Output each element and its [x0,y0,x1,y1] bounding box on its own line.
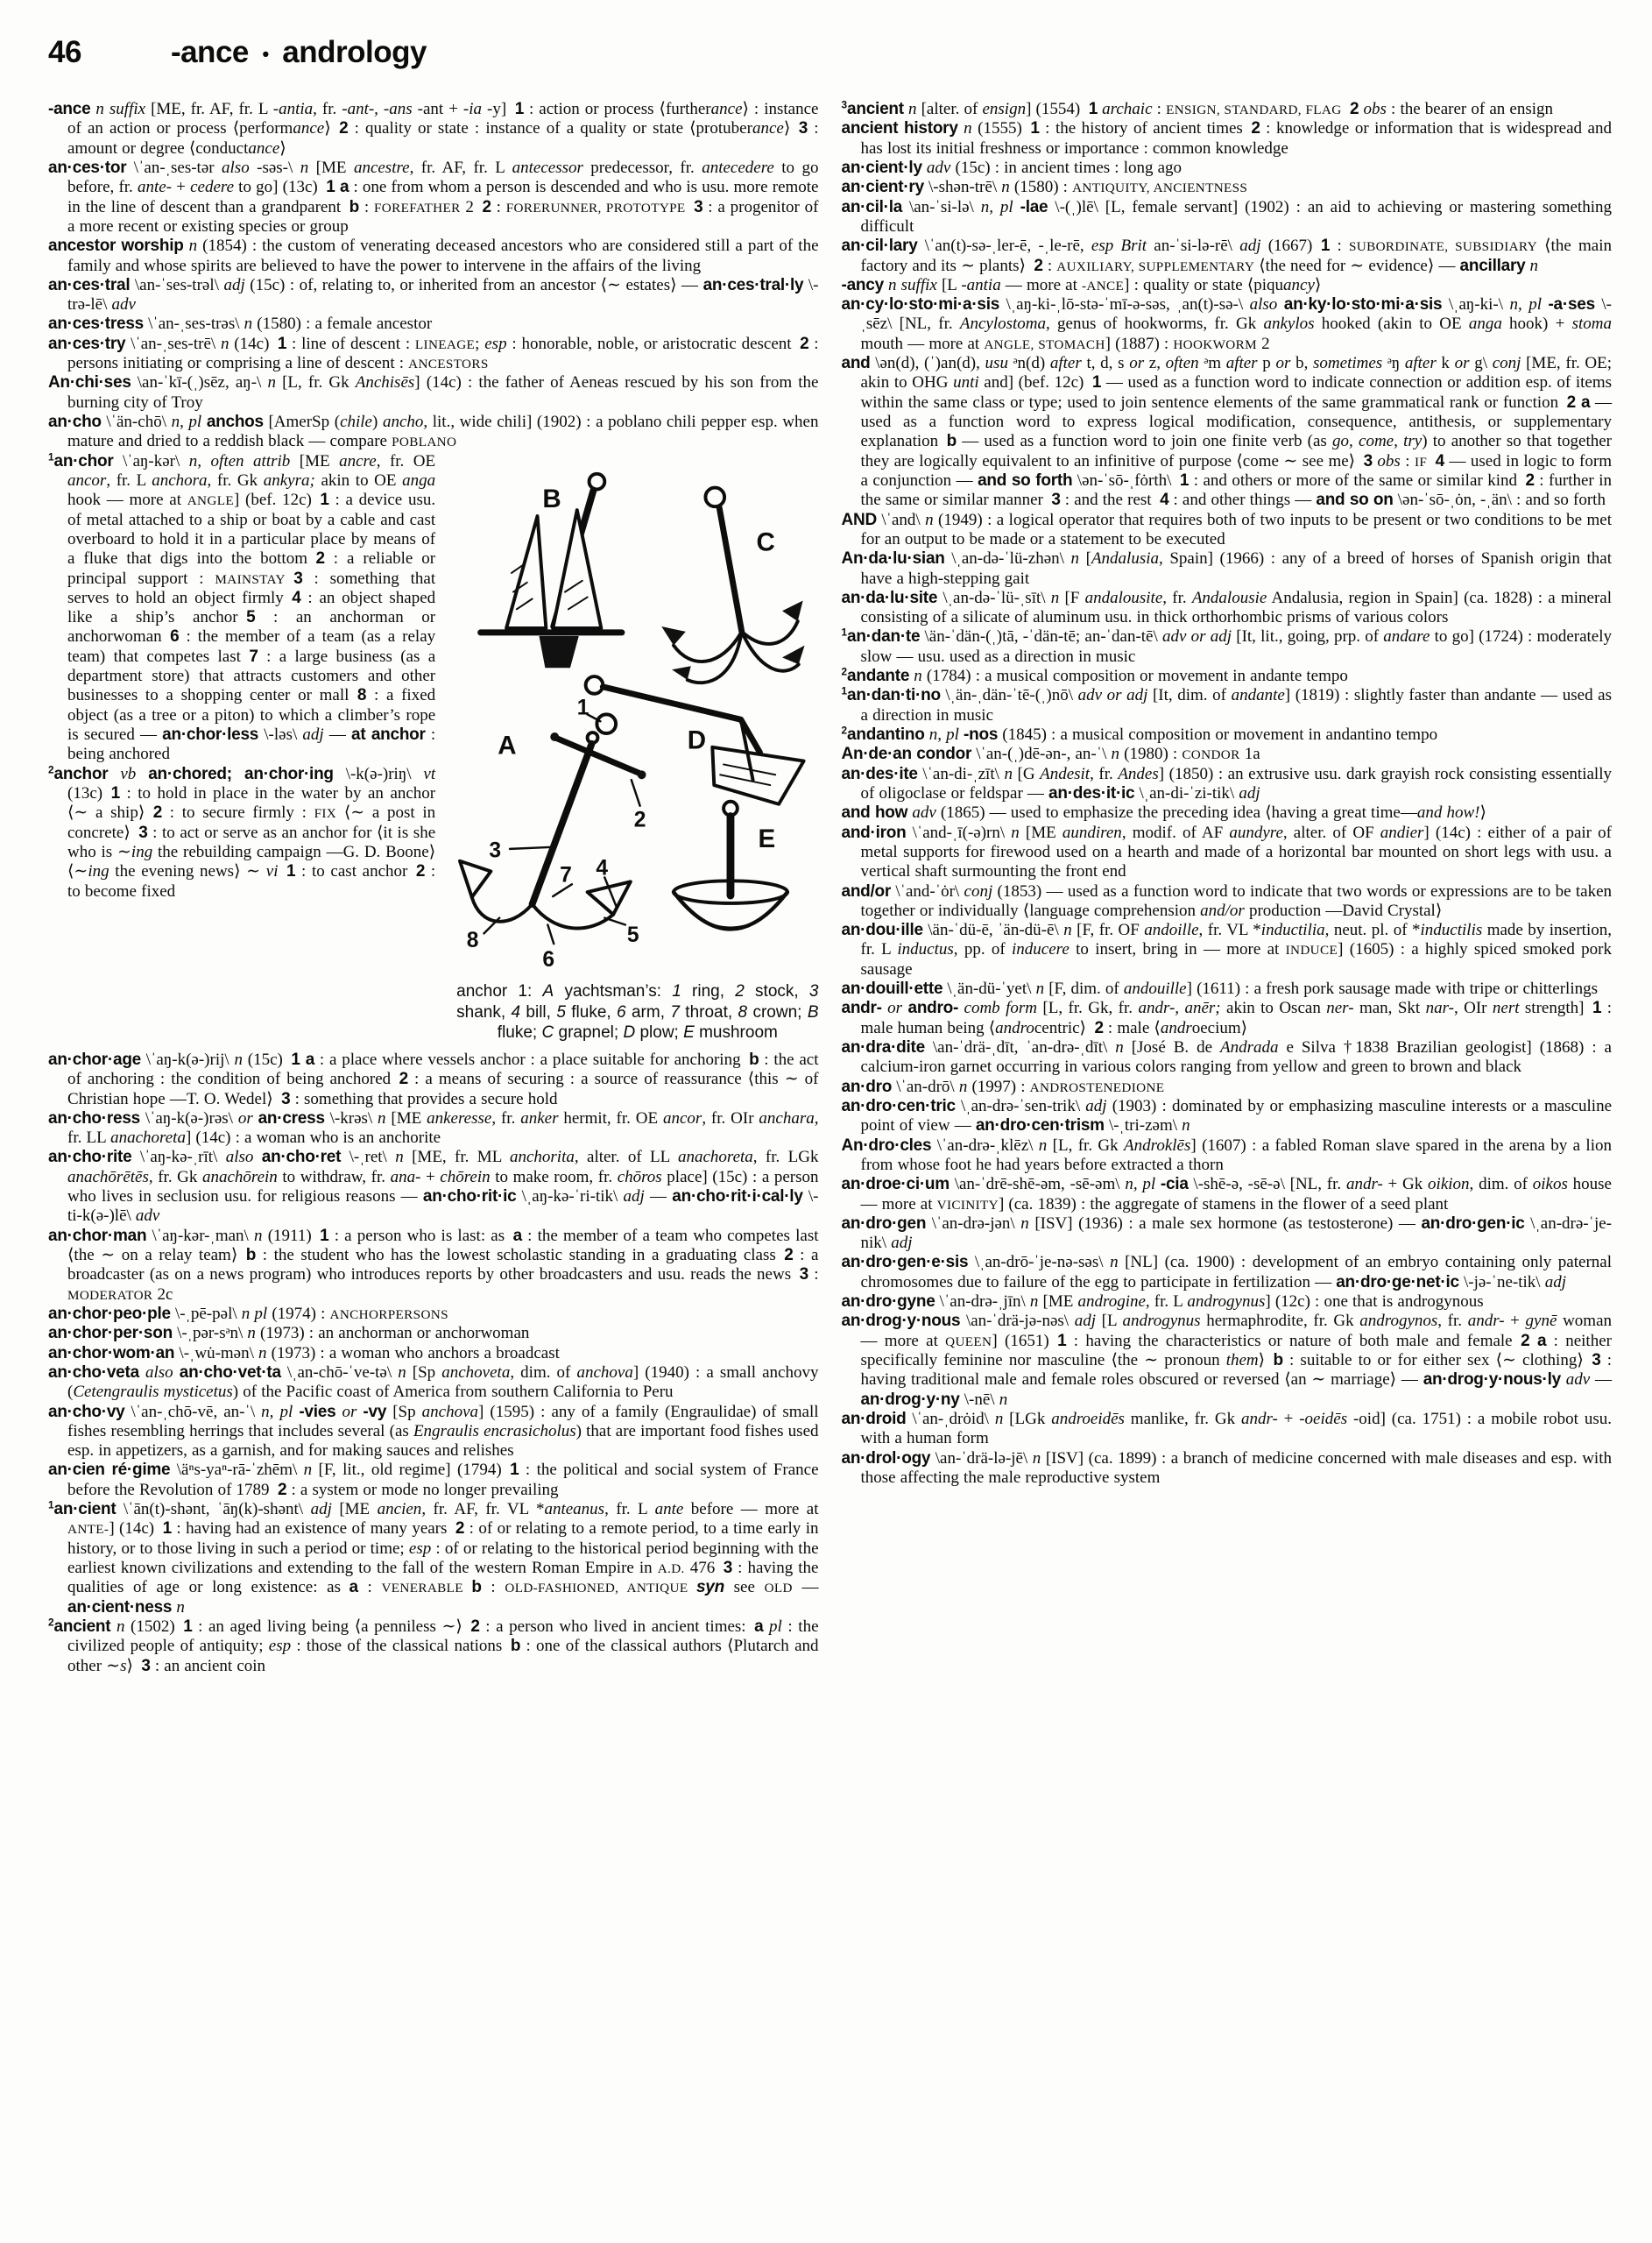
dictionary-entry: an·ces·try \ˈan-ˌses-trē\ n (14c) 1 : li… [48,335,819,374]
right-column-entries: 3ancient n [alter. of ensign] (1554) 1 a… [842,100,1613,1488]
dictionary-page: 46 -ance ● andrology -ance n suffix [ME,… [0,0,1652,1676]
figure-label-c: C [757,527,775,556]
figure-part-number-1: 1 [577,696,589,719]
two-column-text: -ance n suffix [ME, fr. AF, fr. L -antia… [48,100,1612,1676]
figure-label-d: D [688,725,706,754]
dictionary-entry: an·cho·vy \ˈan-ˌchō-vē, an-ˈ\ n, pl -vie… [48,1403,819,1461]
guide-word-first: -ance [171,35,249,70]
dictionary-entry: 2ancient n (1502) 1 : an aged living bei… [48,1617,819,1676]
dictionary-entry: an·des·ite \ˈan-di-ˌzīt\ n [G Andesit, f… [842,765,1613,804]
dictionary-entry: ancestor worship n (1854) : the custom o… [48,237,819,276]
dictionary-entry: 1an·dan·te \än-ˈdän-(ˌ)tā, -ˈdän-tē; an-… [842,627,1613,667]
page-header: 46 -ance ● andrology [48,35,1612,70]
dictionary-entry: ancient history n (1555) 1 : the history… [842,119,1613,159]
guide-word-last: andrology [282,35,427,70]
anchor-illustration: B C D A E 1 2 3 4 5 6 7 8 an [456,463,818,1044]
anchor-figure-drawing: B C D A E 1 2 3 4 5 6 7 8 [456,463,818,972]
dictionary-entry: an·ces·tral \an-ˈses-trəl\ adj (15c) : o… [48,276,819,315]
dictionary-entry: an·dro \ˈan-drō\ n (1997) : ANDROSTENEDI… [842,1078,1613,1097]
dictionary-entry: An·chi·ses \an-ˈkī-(ˌ)sēz, aŋ-\ n [L, fr… [48,373,819,413]
dictionary-entry: an·cy·lo·sto·mi·a·sis \ˌaŋ-ki-ˌlō-stə-ˈm… [842,295,1613,354]
dictionary-entry: an·drog·y·nous \an-ˈdrä-jə-nəs\ adj [L a… [842,1312,1613,1410]
figure-part-number-6: 6 [543,947,555,971]
dictionary-entry: an·da·lu·site \ˌan-də-ˈlü-ˌsīt\ n [F and… [842,589,1613,628]
dictionary-entry: 1an·dan·ti·no \ˌän-ˌdän-ˈtē-(ˌ)nō\ adv o… [842,686,1613,725]
dictionary-entry: and \ən(d), (ˈ)an(d), usu ᵊn(d) after t,… [842,354,1613,511]
guide-words: -ance ● andrology [171,35,427,70]
right-column: 3ancient n [alter. of ensign] (1554) 1 a… [842,100,1613,1676]
figure-label-b: B [543,485,561,513]
figure-part-number-7: 7 [560,863,572,887]
dictionary-entry: and how adv (1865) — used to emphasize t… [842,803,1613,823]
dictionary-entry: AND \ˈand\ n (1949) : a logical operator… [842,511,1613,550]
dictionary-entry: 2andantino n, pl -nos (1845) : a musical… [842,725,1613,745]
dictionary-entry: an·chor·per·son \-ˌpər-sᵊn\ n (1973) : a… [48,1324,819,1343]
dictionary-entry: an·drol·ogy \an-ˈdrä-lə-jē\ n [ISV] (ca.… [842,1449,1613,1489]
figure-part-number-2: 2 [634,808,646,831]
figure-caption: anchor 1: A yachtsman’s: 1 ring, 2 stock… [456,981,818,1044]
dictionary-entry: an·cho·veta also an·cho·vet·ta \ˌan-chō-… [48,1363,819,1403]
dictionary-entry: an·cient·ly adv (15c) : in ancient times… [842,159,1613,178]
dictionary-entry: an·douill·ette \ˌän-dü-ˈyet\ n [F, dim. … [842,980,1613,999]
figure-part-number-5: 5 [627,923,639,947]
dictionary-entry: An·de·an condor \ˈan-(ˌ)dē-ən-, an-ˈ\ n … [842,745,1613,764]
dictionary-entry: -ancy n suffix [L -antia — more at -ANCE… [842,276,1613,295]
dictionary-entry: -ance n suffix [ME, fr. AF, fr. L -antia… [48,100,819,159]
dictionary-entry: an·cient·ry \-shən-trē\ n (1580) : ANTIQ… [842,178,1613,197]
figure-part-number-8: 8 [467,929,479,952]
dictionary-entry: an·dro·gen·e·sis \ˌan-drō-ˈje-nə-səs\ n … [842,1253,1613,1292]
dictionary-entry: and·iron \ˈand-ˌī(-ə)rn\ n [ME aundiren,… [842,824,1613,882]
left-column-top-entries: -ance n suffix [ME, fr. AF, fr. L -antia… [48,100,819,452]
dictionary-entry: an·dro·gyne \ˈan-drə-ˌjīn\ n [ME androgi… [842,1292,1613,1312]
left-column: -ance n suffix [ME, fr. AF, fr. L -antia… [48,100,819,1676]
guide-separator-dot: ● [262,47,269,61]
dictionary-entry: an·cho·rite \ˈaŋ-kə-ˌrīt\ also an·cho·re… [48,1148,819,1226]
dictionary-entry: an·cil·lary \ˈan(t)-sə-ˌler-ē, -ˌle-rē, … [842,237,1613,276]
dictionary-entry: an·dra·dite \an-ˈdrä-ˌdīt, ˈan-drə-ˌdīt\… [842,1038,1613,1078]
dictionary-entry: an·chor·peo·ple \-ˌpē-pəl\ n pl (1974) :… [48,1305,819,1324]
dictionary-entry: an·cil·la \an-ˈsi-lə\ n, pl -lae \-(ˌ)lē… [842,198,1613,237]
dictionary-entry: an·dro·cen·tric \ˌan-drə-ˈsen-trik\ adj … [842,1097,1613,1136]
dictionary-entry: 2andante n (1784) : a musical compositio… [842,667,1613,686]
figure-label-a: A [498,731,516,760]
dictionary-entry: andr- or andro- comb form [L, fr. Gk, fr… [842,999,1613,1038]
dictionary-entry: an·ces·tress \ˈan-ˌses-trəs\ n (1580) : … [48,315,819,334]
dictionary-entry: an·dro·gen \ˈan-drə-jən\ n [ISV] (1936) … [842,1214,1613,1254]
dictionary-entry: an·cho·ress \ˈaŋ-k(ə-)rəs\ or an·cress \… [48,1109,819,1149]
dictionary-entry: 1an·cient \ˈān(t)-shənt, ˈāŋ(k)-shənt\ a… [48,1500,819,1617]
page-number: 46 [48,35,81,70]
dictionary-entry: an·ces·tor \ˈan-ˌses-tər also -səs-\ n [… [48,159,819,237]
dictionary-entry: an·droid \ˈan-ˌdrȯid\ n [LGk androeidēs … [842,1410,1613,1449]
dictionary-entry: an·chor·man \ˈaŋ-kər-ˌman\ n (1911) 1 : … [48,1227,819,1305]
dictionary-entry: an·dou·ille \än-ˈdü-ē, ˈän-dü-ē\ n [F, f… [842,921,1613,980]
dictionary-entry: An·da·lu·sian \ˌan-də-ˈlü-zhən\ n [Andal… [842,549,1613,589]
left-column-bottom-entries: an·chor·age \ˈaŋ-k(ə-)rij\ n (15c) 1 a :… [48,1051,819,1676]
dictionary-entry: an·droe·ci·um \an-ˈdrē-shē-əm, -sē-əm\ n… [842,1175,1613,1214]
dictionary-entry: an·cho \ˈän-chō\ n, pl anchos [AmerSp (c… [48,413,819,452]
dictionary-entry: and/or \ˈand-ˈȯr\ conj (1853) — used as … [842,882,1613,922]
dictionary-entry: 3ancient n [alter. of ensign] (1554) 1 a… [842,100,1613,119]
figure-part-number-4: 4 [597,856,609,880]
dictionary-entry: an·chor·wom·an \-ˌwu̇-mən\ n (1973) : a … [48,1344,819,1363]
dictionary-entry: an·chor·age \ˈaŋ-k(ə-)rij\ n (15c) 1 a :… [48,1051,819,1109]
dictionary-entry: An·dro·cles \ˈan-drə-ˌklēz\ n [L, fr. Gk… [842,1136,1613,1176]
figure-part-number-3: 3 [490,838,502,862]
figure-label-e: E [759,824,776,853]
dictionary-entry: an·cien ré·gime \äⁿs-yaⁿ-rā-ˈzhēm\ n [F,… [48,1461,819,1500]
